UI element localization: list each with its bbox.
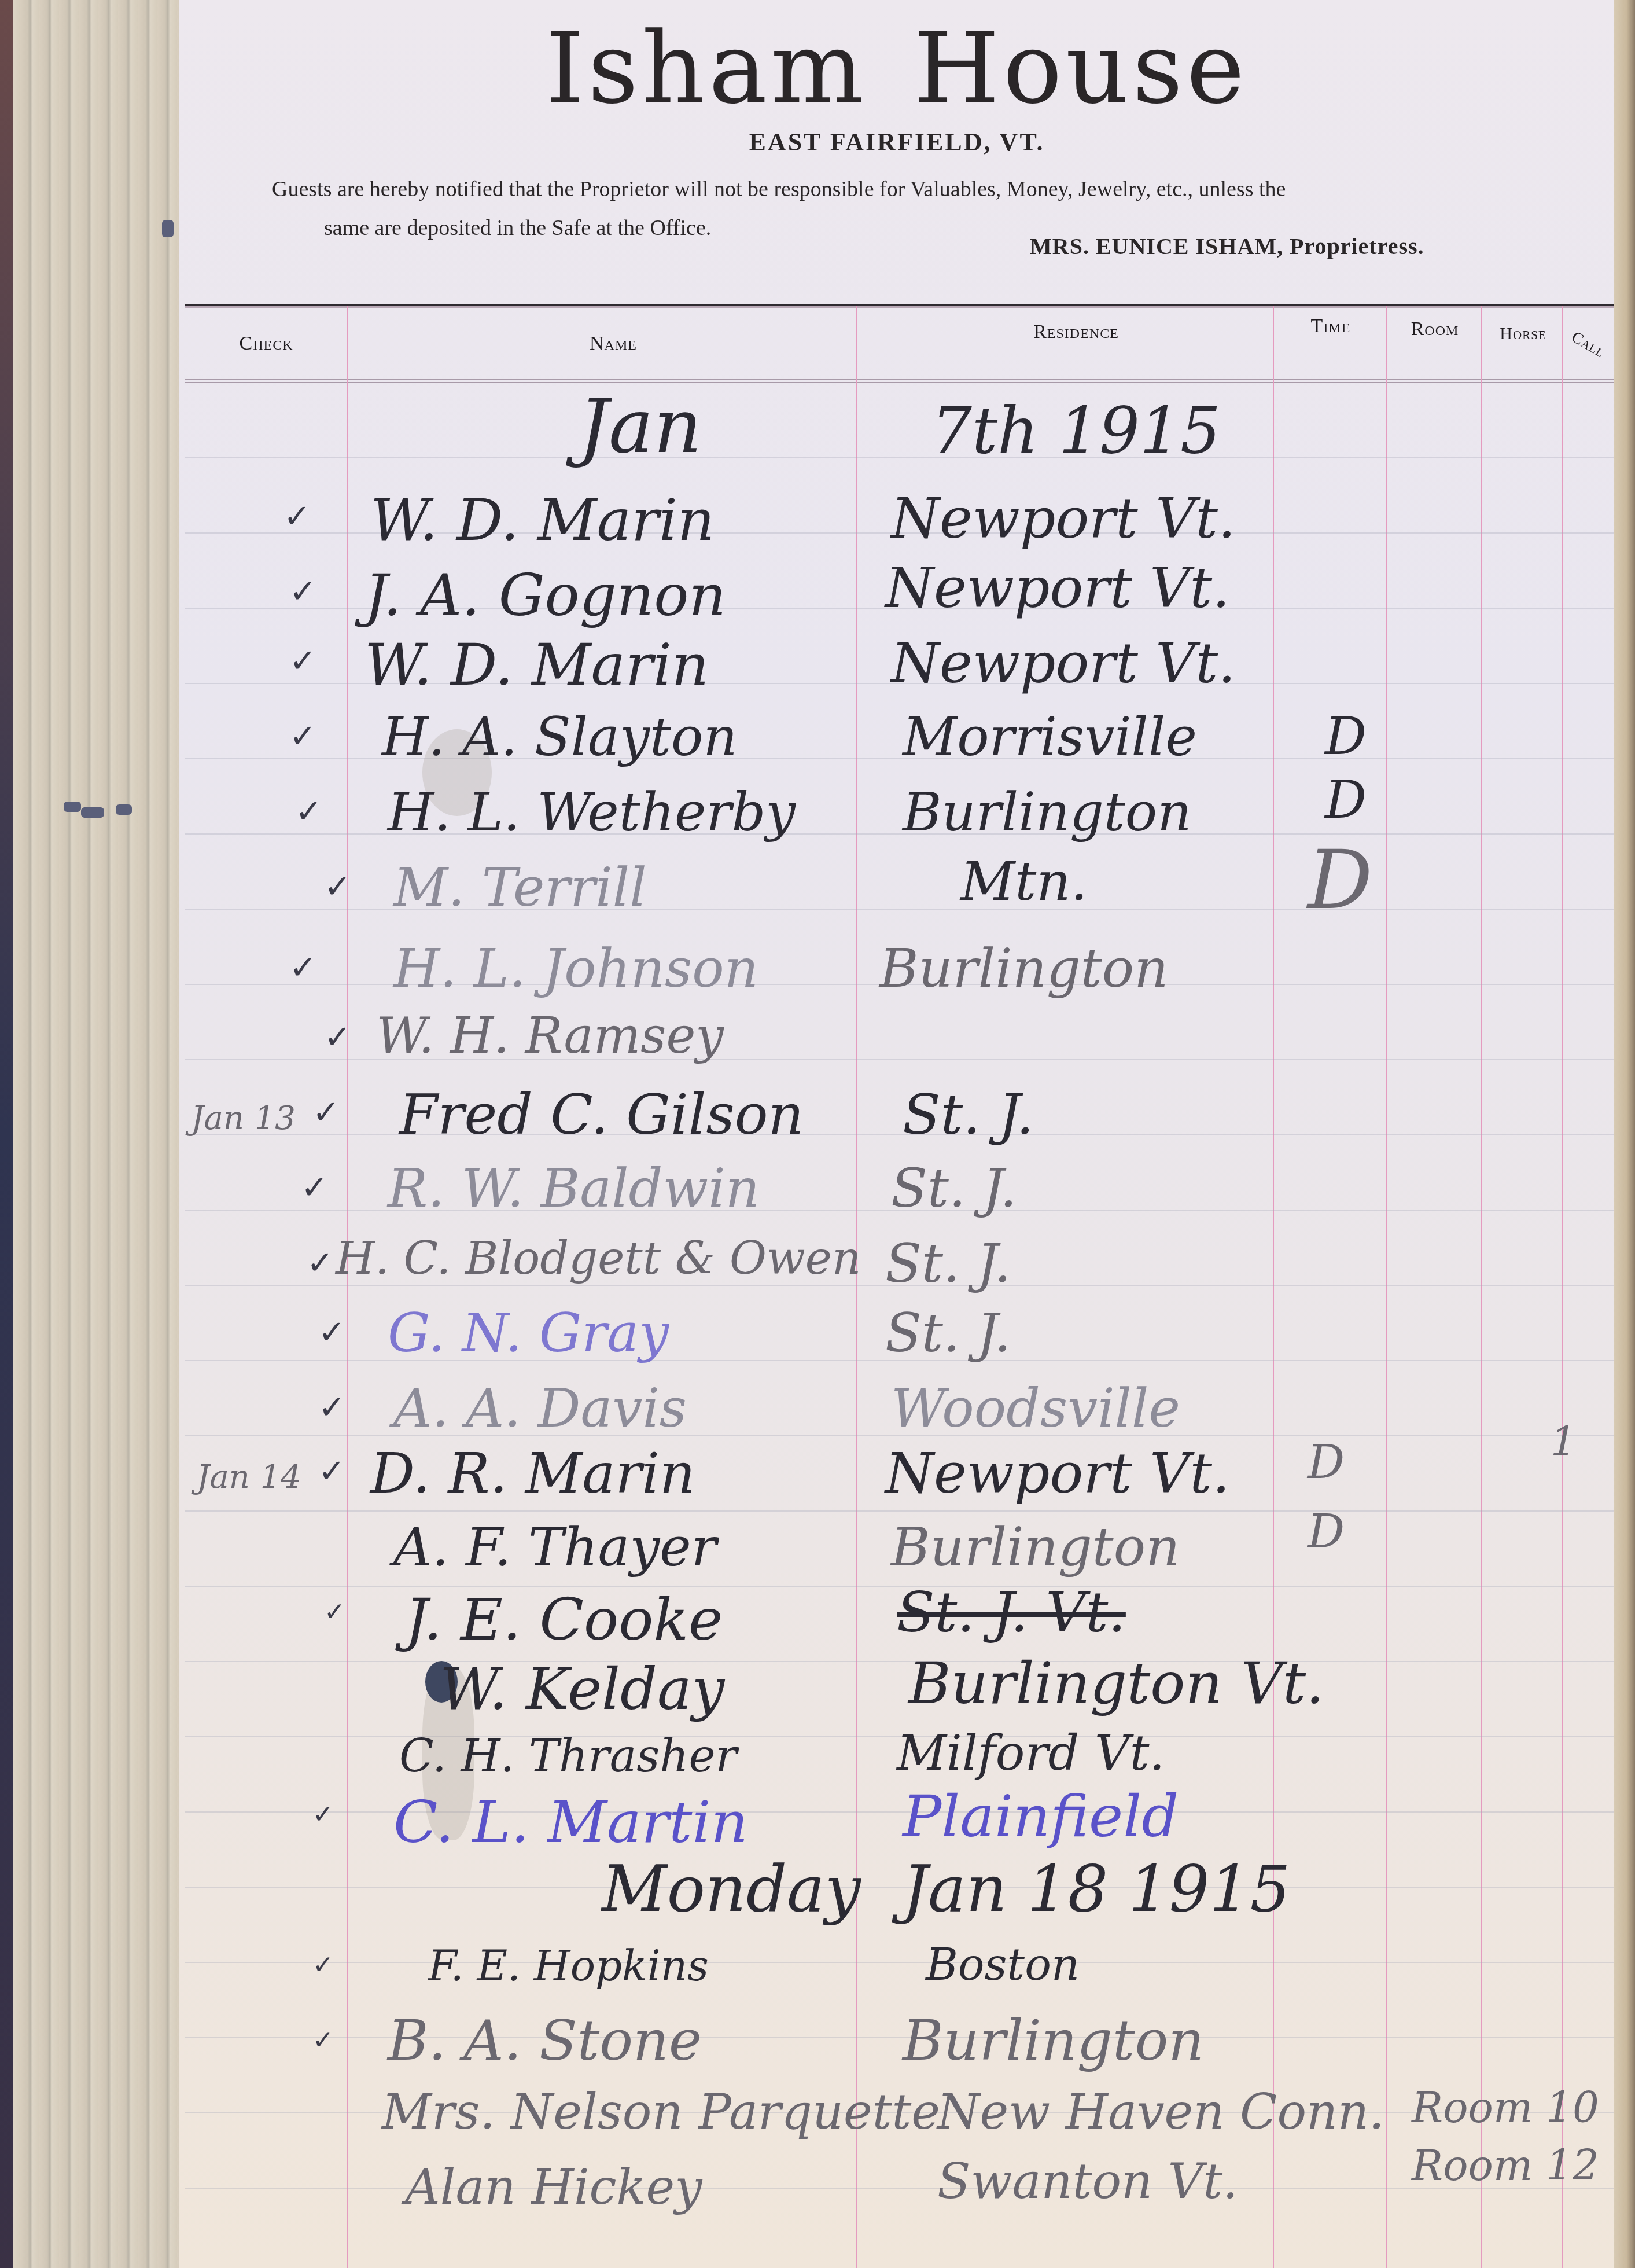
guest-room: Room 12 [1412, 2141, 1599, 2190]
check-mark: ✓ [324, 1597, 345, 1627]
hotel-name-word-1: Isham [546, 12, 867, 126]
register-header: IshamHouse EAST FAIRFIELD, VT. Guests ar… [179, 0, 1614, 301]
date-heading-weekday: Monday [602, 1852, 861, 1926]
guest-name: Fred C. Gilson [399, 1082, 804, 1147]
date-heading-date: Jan 18 1915 [903, 1852, 1290, 1926]
guest-name: B. A. Stone [388, 2008, 702, 2073]
guest-residence: Burlington Vt. [908, 1649, 1324, 1717]
guest-name: C. H. Thrasher [399, 1730, 737, 1782]
proprietress: MRS. EUNICE ISHAM, Proprietress. [1030, 233, 1424, 260]
column-header-rule [185, 379, 1614, 383]
guest-residence: Swanton Vt. [937, 2153, 1238, 2210]
check-mark: ✓ [289, 642, 316, 680]
check-mark: ✓ [324, 868, 351, 906]
column-divider [1273, 306, 1274, 2268]
guest-residence: St. J. [885, 1302, 1011, 1364]
column-header-room: Room [1389, 318, 1481, 340]
guest-residence: Boston [926, 1939, 1080, 1990]
guest-residence: Mtn. [960, 851, 1088, 913]
column-header-time: Time [1279, 315, 1383, 337]
ruled-line [185, 2188, 1614, 2189]
guest-residence: Burlington [879, 938, 1168, 999]
guest-name: W. D. Marin [370, 486, 715, 554]
guest-residence: Newport Vt. [891, 486, 1236, 551]
check-mark: ✓ [307, 1244, 334, 1282]
guest-time: D [1325, 770, 1367, 830]
column-header-name: Name [526, 333, 700, 355]
margin-date-note: Jan 14 [197, 1458, 301, 1496]
column-header-horse: Horse [1484, 324, 1562, 344]
check-mark: ✓ [312, 1950, 334, 1980]
ruled-line [185, 1661, 1614, 1662]
check-mark: ✓ [312, 2026, 334, 2055]
guest-time: D [1308, 833, 1372, 928]
guest-residence: St. J. [903, 1082, 1034, 1147]
guest-residence: Newport Vt. [891, 631, 1236, 696]
guest-residence: Woodsville [891, 1377, 1180, 1439]
guest-call: 1 [1551, 1418, 1577, 1465]
date-heading-day-year: 7th 1915 [931, 394, 1221, 468]
column-divider [856, 306, 857, 2268]
guest-residence: Newport Vt. [885, 1441, 1230, 1506]
check-mark: ✓ [289, 573, 316, 611]
check-mark: ✓ [318, 1314, 345, 1351]
guest-residence: St. J. [891, 1157, 1017, 1219]
hotel-location: EAST FAIRFIELD, VT. [179, 127, 1614, 157]
header-rule [185, 304, 1614, 308]
ruled-line [185, 457, 1614, 458]
notice-line-2: same are deposited in the Safe at the Of… [324, 215, 711, 241]
guest-name: Mrs. Nelson Parquette [382, 2083, 940, 2140]
check-mark: ✓ [324, 1019, 351, 1056]
check-mark: ✓ [312, 1800, 334, 1829]
guest-residence: Plainfield [903, 1782, 1179, 1850]
guest-name: J. E. Cooke [405, 1586, 723, 1653]
guest-name: H. A. Slayton [382, 706, 738, 768]
guest-name: J. A. Gognon [364, 561, 726, 629]
guest-name: W. Kelday [440, 1655, 724, 1723]
check-mark: ✓ [318, 1389, 345, 1427]
hotel-name-word-2: House [914, 12, 1248, 126]
column-divider [1562, 306, 1563, 2268]
check-mark: ✓ [301, 1169, 328, 1207]
guest-name: A. A. Davis [393, 1377, 687, 1439]
check-mark: ✓ [289, 949, 316, 987]
guest-name: H. C. Blodgett & Owen [336, 1233, 861, 1285]
date-heading-month: Jan [579, 382, 702, 470]
guest-residence: St. J. [885, 1233, 1011, 1295]
check-mark: ✓ [295, 793, 322, 830]
guest-residence: Burlington [903, 2008, 1204, 2073]
guest-name: F. E. Hopkins [428, 1942, 709, 1990]
guest-time: D [1308, 1505, 1345, 1558]
guest-time: D [1325, 706, 1367, 767]
guest-name: W. D. Marin [364, 631, 709, 699]
ink-blot [81, 807, 104, 818]
guest-residence: Milford Vt. [897, 1725, 1165, 1781]
book-cover [0, 0, 13, 2268]
ruled-line [185, 1887, 1614, 1888]
check-mark: ✓ [312, 1094, 340, 1131]
guest-residence: Burlington [891, 1516, 1180, 1578]
guest-name: M. Terrill [393, 857, 647, 918]
column-divider [1481, 306, 1482, 2268]
guest-name: A. F. Thayer [393, 1516, 717, 1578]
guest-residence: Burlington [903, 781, 1191, 843]
ink-blot [64, 802, 81, 812]
register-page: IshamHouse EAST FAIRFIELD, VT. Guests ar… [179, 0, 1614, 2268]
guest-name: R. W. Baldwin [388, 1157, 760, 1219]
guest-residence: New Haven Conn. [937, 2083, 1384, 2140]
guest-room: Room 10 [1412, 2083, 1599, 2132]
margin-date-note: Jan 13 [191, 1100, 296, 1137]
hotel-name: IshamHouse [179, 12, 1614, 126]
check-mark: ✓ [318, 1453, 345, 1490]
ink-blot [116, 804, 132, 815]
check-mark: ✓ [283, 498, 311, 535]
book-right-edge [1614, 0, 1635, 2268]
guest-name: H. L. Wetherby [388, 781, 796, 843]
ink-blot [162, 220, 174, 237]
column-header-call: Call [1563, 325, 1612, 365]
guest-name: C. L. Martin [393, 1788, 748, 1856]
column-header-residence: Residence [960, 321, 1192, 343]
guest-name: W. H. Ramsey [376, 1007, 724, 1065]
column-divider [1386, 306, 1387, 2268]
column-divider [347, 306, 348, 2268]
guest-name: H. L. Johnson [393, 938, 758, 999]
ruled-line [185, 1962, 1614, 1963]
guest-name: Alan Hickey [405, 2159, 702, 2215]
column-header-check: Check [202, 333, 330, 355]
guest-residence: Newport Vt. [885, 556, 1230, 620]
guest-residence: St. J. Vt. [897, 1580, 1126, 1645]
book-page-edges [0, 0, 181, 2268]
guest-name: G. N. Gray [388, 1302, 669, 1364]
check-mark: ✓ [289, 718, 316, 755]
notice-line-1: Guests are hereby notified that the Prop… [272, 177, 1603, 202]
guest-name: D. R. Marin [370, 1441, 695, 1506]
ruled-line [185, 1510, 1614, 1512]
guest-residence: Morrisville [903, 706, 1197, 768]
guest-time: D [1308, 1435, 1345, 1489]
